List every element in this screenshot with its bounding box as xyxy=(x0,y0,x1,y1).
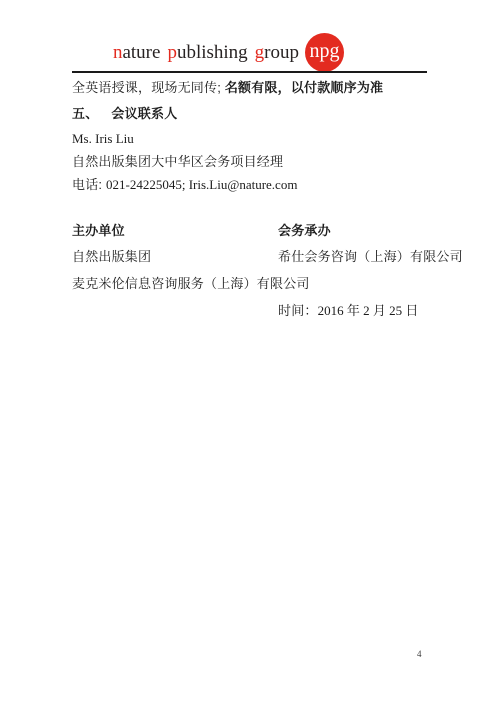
intro-line: 全英语授课，现场无同传; 名额有限，以付款顺序为准 xyxy=(72,80,383,96)
logo-word-rest: ublishing xyxy=(177,43,248,62)
contact-name: Ms. Iris Liu xyxy=(72,131,134,147)
event-date-line: 时间：2016 年 2 月 25 日 xyxy=(278,303,418,319)
host-line-2: 麦克米伦信息咨询服务（上海）有限公司 xyxy=(72,276,310,292)
logo-word-nature: nature xyxy=(113,43,160,62)
host-heading: 主办单位 xyxy=(72,223,125,239)
date-value: 2016 年 2 月 25 日 xyxy=(318,303,419,318)
logo-word-publishing: publishing xyxy=(167,43,247,62)
page-number: 4 xyxy=(417,649,422,659)
contact-phone-line: 电话: 021-24225045; Iris.Liu@nature.com xyxy=(72,177,297,193)
undertaker-heading: 会务承办 xyxy=(278,223,331,239)
logo-word-rest: roup xyxy=(264,43,299,62)
intro-bold-text: 名额有限，以付款顺序为准 xyxy=(225,80,383,95)
section-title: 会议联系人 xyxy=(111,106,177,121)
phone-label: 电话: xyxy=(72,177,106,192)
logo-word-initial: n xyxy=(113,43,123,62)
logo-word-initial: p xyxy=(167,43,177,62)
logo-word-initial: g xyxy=(255,43,265,62)
contact-title: 自然出版集团大中华区会务项目经理 xyxy=(72,154,283,170)
undertaker-line-1: 希仕会务咨询（上海）有限公司 xyxy=(278,249,463,265)
section-number: 五、 xyxy=(72,106,98,121)
document-page: nature publishing group npg 全英语授课，现场无同传;… xyxy=(0,0,500,713)
phone-email-value: 021-24225045; Iris.Liu@nature.com xyxy=(106,177,297,192)
section-heading: 五、会议联系人 xyxy=(72,106,177,122)
logo-word-group: group xyxy=(255,43,299,62)
date-label: 时间： xyxy=(278,303,318,318)
logo-word-rest: ature xyxy=(122,43,160,62)
intro-normal-text: 全英语授课，现场无同传; xyxy=(72,80,225,95)
npg-logo-wordmark: nature publishing group xyxy=(113,43,299,62)
header-divider xyxy=(72,71,427,73)
npg-logo: nature publishing group npg xyxy=(113,33,344,72)
npg-badge-icon: npg xyxy=(305,33,344,72)
host-line-1: 自然出版集团 xyxy=(72,249,151,265)
